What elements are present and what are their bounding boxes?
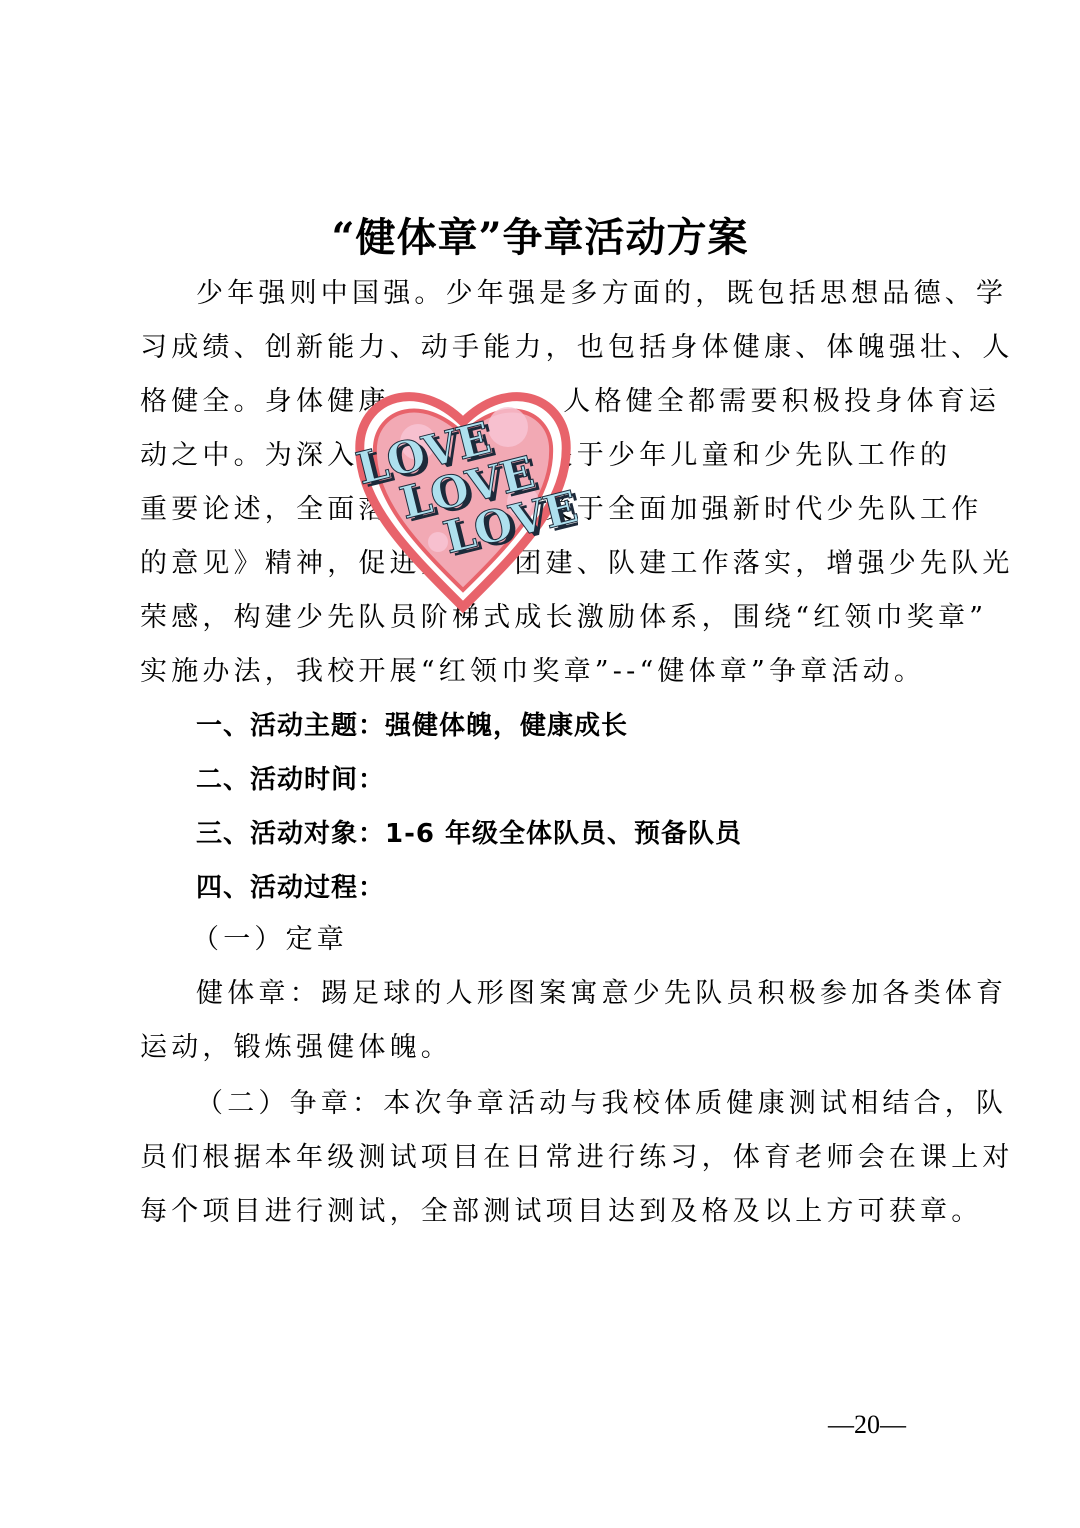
section-heading: 二、活动时间： (196, 762, 940, 798)
intro-line: 实施办法，我校开展“红领巾奖章”--“健体章”争章活动。 (140, 654, 940, 690)
body-line: 每个项目进行测试，全部测试项目达到及格及以上方可获章。 (140, 1194, 940, 1230)
body-line: （二）争章：本次争章活动与我校体质健康测试相结合，队 (196, 1086, 940, 1122)
page-title: “健体章”争章活动方案 (0, 206, 1080, 263)
heart-icon: LOVE LOVE LOVE LOVE LOVE LOVE (348, 372, 578, 617)
section-heading: 三、活动对象：1-6 年级全体队员、预备队员 (196, 816, 940, 852)
page-number: —20— (828, 1410, 906, 1440)
intro-line: 少年强则中国强。少年强是多方面的，既包括思想品德、学 (196, 276, 940, 312)
intro-line: 习成绩、创新能力、动手能力，也包括身体健康、体魄强壮、人 (140, 330, 940, 366)
body-line: 员们根据本年级测试项目在日常进行练习，体育老师会在课上对 (140, 1140, 940, 1176)
section-heading: 一、活动主题：强健体魄，健康成长 (196, 708, 940, 744)
section-heading: 四、活动过程： (196, 870, 940, 906)
subsection-heading: （一）定章 (192, 922, 992, 958)
body-line: 运动，锻炼强健体魄。 (140, 1030, 940, 1066)
body-line: 健体章：踢足球的人形图案寓意少先队员积极参加各类体育 (196, 976, 940, 1012)
love-heart-sticker: LOVE LOVE LOVE LOVE LOVE LOVE (348, 372, 578, 617)
